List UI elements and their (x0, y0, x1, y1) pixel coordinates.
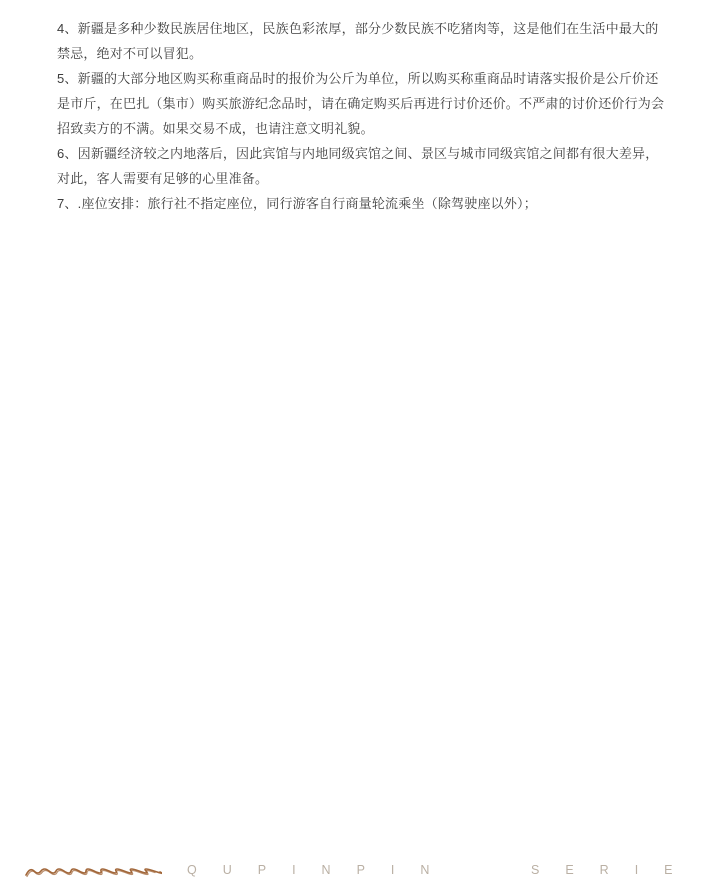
squiggle-icon (24, 864, 162, 880)
notice-paragraph-6: 6、因新疆经济较之内地落后，因此宾馆与内地同级宾馆之间、景区与城市同级宾馆之间都… (57, 141, 665, 191)
brand-text-serie: SERIE (531, 862, 699, 878)
brand-text-qupinpin: QUPINPIN (187, 862, 455, 878)
footer: QUPINPIN SERIE (0, 855, 720, 889)
notice-paragraph-5: 5、新疆的大部分地区购买称重商品时的报价为公斤为单位，所以购买称重商品时请落实报… (57, 66, 665, 141)
notice-paragraph-7: 7、.座位安排：旅行社不指定座位，同行游客自行商量轮流乘坐（除驾驶座以外）； (57, 191, 665, 216)
notice-list: 4、新疆是多种少数民族居住地区，民族色彩浓厚，部分少数民族不吃猪肉等，这是他们在… (57, 16, 665, 216)
document-page: 4、新疆是多种少数民族居住地区，民族色彩浓厚，部分少数民族不吃猪肉等，这是他们在… (0, 0, 720, 889)
notice-paragraph-4: 4、新疆是多种少数民族居住地区，民族色彩浓厚，部分少数民族不吃猪肉等，这是他们在… (57, 16, 665, 66)
